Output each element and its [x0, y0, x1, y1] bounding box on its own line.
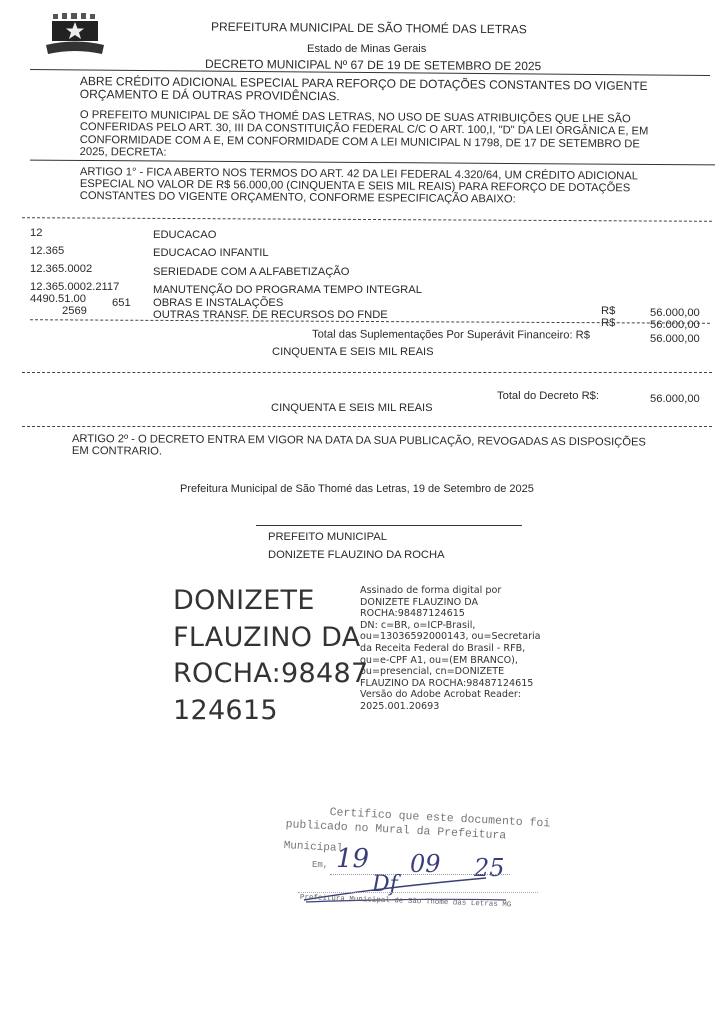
budget-description: EDUCACAO INFANTIL [153, 247, 269, 259]
budget-description: OBRAS E INSTALAÇÕES [153, 297, 283, 309]
municipality-title: PREFEITURA MUNICIPAL DE SÃO THOMÉ DAS LE… [211, 21, 527, 37]
signatory-role: PREFEITO MUNICIPAL [268, 531, 387, 543]
signature-detail-line: ou=presencial, cn=DONIZETE [360, 666, 541, 678]
dashed-divider [22, 426, 712, 427]
budget-source-code: 651 [112, 297, 131, 309]
signature-name-line: FLAUZINO DA [173, 620, 368, 657]
amount-value: 56.000,00 [650, 307, 700, 319]
signature-detail-line: ROCHA:98487124615 [360, 608, 541, 620]
decree-total-words: CINQUENTA E SEIS MIL REAIS [271, 402, 433, 414]
signature-detail-line: 2025.001.20693 [360, 701, 541, 713]
supl-total-label: Total das Suplementações Por Superávit F… [312, 329, 590, 342]
budget-description: MANUTENÇÃO DO PROGRAMA TEMPO INTEGRAL [153, 284, 422, 296]
ementa: ABRE CRÉDITO ADICIONAL ESPECIAL PARA REF… [80, 75, 648, 106]
budget-code: 4490.51.00 [30, 293, 86, 305]
signature-name-line: DONIZETE [173, 583, 368, 620]
state-name: Estado de Minas Gerais [307, 43, 426, 55]
coat-of-arms-icon [44, 12, 106, 58]
signature-detail-line: ou=e-CPF A1, ou=(EM BRANCO), [360, 655, 541, 667]
amount-currency: R$ [601, 305, 615, 317]
signature-name-line: 124615 [173, 693, 368, 730]
signature-detail-line: ou=13036592000143, ou=Secretaria [360, 631, 541, 643]
stamp-footer-line [298, 892, 538, 893]
budget-code: 12.365.0002 [30, 263, 92, 275]
budget-code: 2569 [62, 305, 87, 317]
dashed-divider [22, 217, 712, 222]
decree-total-label: Total do Decreto R$: [497, 390, 599, 402]
stamp-em: Em, [312, 860, 328, 870]
budget-code: 12.365 [30, 245, 64, 257]
budget-code: 12.365.0002.2117 [30, 281, 119, 293]
artigo-2: ARTIGO 2º - O DECRETO ENTRA EM VIGOR NA … [72, 433, 646, 461]
budget-code: 12 [30, 227, 42, 239]
budget-description: EDUCACAO [153, 229, 216, 241]
supl-total-words: CINQUENTA E SEIS MIL REAIS [272, 346, 434, 358]
signature-detail-line: Versão do Adobe Acrobat Reader: [360, 689, 541, 701]
signature-detail-line: DN: c=BR, o=ICP-Brasil, [360, 620, 541, 632]
amount-value: 56.000,00 [650, 319, 700, 331]
digital-signature-name: DONIZETE FLAUZINO DA ROCHA:98487 124615 [173, 583, 368, 729]
supl-total-value: 56.000,00 [650, 333, 700, 345]
digital-signature-details: Assinado de forma digital porDONIZETE FL… [360, 585, 541, 713]
place-date: Prefeitura Municipal de São Thomé das Le… [180, 483, 534, 495]
signature-detail-line: Assinado de forma digital por [360, 585, 541, 597]
dashed-divider [22, 372, 712, 373]
signature-detail-line: FLAUZINO DA ROCHA:98487124615 [360, 678, 541, 690]
preamble: O PREFEITO MUNICIPAL DE SÃO THOMÉ DAS LE… [80, 109, 649, 163]
signature-line [256, 525, 522, 526]
signature-detail-line: DONIZETE FLAUZINO DA [360, 597, 541, 609]
decree-total-value: 56.000,00 [650, 393, 700, 405]
artigo-1: ARTIGO 1° - FICA ABERTO NOS TERMOS DO AR… [80, 166, 638, 207]
budget-description: SERIEDADE COM A ALFABETIZAÇÃO [153, 266, 349, 278]
signature-detail-line: da Receita Federal do Brasil - RFB, [360, 643, 541, 655]
signature-name-line: ROCHA:98487 [173, 656, 368, 693]
signatory-name: DONIZETE FLAUZINO DA ROCHA [268, 549, 445, 561]
